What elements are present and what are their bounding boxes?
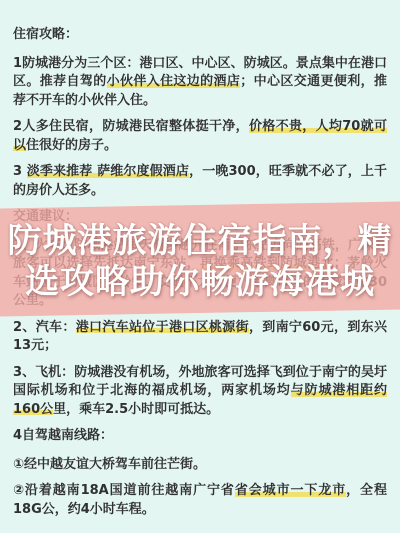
page-title-line-1: 防城港旅游住宿指南，精: [0, 221, 400, 262]
text-run: 2人多住民宿，防城港民宿整体挺干净，: [13, 119, 249, 134]
text-run: ②沿着越南18A国道前往越南广宁省: [13, 483, 235, 498]
travel-guide-screenshot: 住宿攻略： 1防城港分为三个区：港口区、中心区、防城区。景点集中在港口区。推荐自…: [0, 0, 400, 533]
highlighted-text: 港口汽车站位于港口区桃源街: [76, 320, 249, 335]
para-vietnam-route-2: ②沿着越南18A国道前往越南广宁省省会城市一下龙市，全程18G公，约4小时车程。: [13, 482, 387, 519]
text-run: 2、汽车：: [13, 320, 76, 335]
highlighted-text: 省会城市一下龙市: [235, 483, 346, 498]
section-heading-vietnam-route: 4自驾越南线路：: [13, 427, 387, 446]
para-bus: 2、汽车：港口汽车站位于港口区桃源街，到南宁60元，到东兴13元；: [13, 319, 387, 356]
para-plane: 3、飞机：防城港没有机场，外地旅客可选择飞到位于南宁的吴圩国际机场和位于北海的福…: [13, 364, 387, 420]
text-run: 住很好的房子。: [26, 138, 117, 153]
para-homestay: 2人多住民宿，防城港民宿整体挺干净，价格不贵，人均70就可以住很好的房子。: [13, 118, 387, 155]
para-districts: 1防城港分为三个区：港口区、中心区、防城区。景点集中在港口区。推荐自驾的小伙伴入…: [13, 55, 387, 111]
para-hotel-recommendation: 3 淡季来推荐 萨维尔度假酒店，一晚300，旺季就不必了，上千的房价人还多。: [13, 163, 387, 200]
highlighted-text: 小伙伴入住这边的酒店: [107, 74, 241, 89]
text-run: ①经中越友谊大桥驾车前往芒街。: [13, 457, 206, 472]
page-title-line-2: 选攻略助你畅游海港城: [0, 262, 400, 303]
section-heading-lodging: 住宿攻略：: [13, 26, 387, 45]
highlighted-text: 淡季来推荐 萨维尔度假酒店: [27, 164, 189, 179]
text-run: 里，乘车2.5小时即可抵达。: [53, 402, 219, 417]
text-run: 3: [13, 164, 27, 179]
page-title: 防城港旅游住宿指南，精 选攻略助你畅游海港城: [0, 221, 400, 303]
para-vietnam-route-1: ①经中越友谊大桥驾车前往芒街。: [13, 456, 387, 475]
